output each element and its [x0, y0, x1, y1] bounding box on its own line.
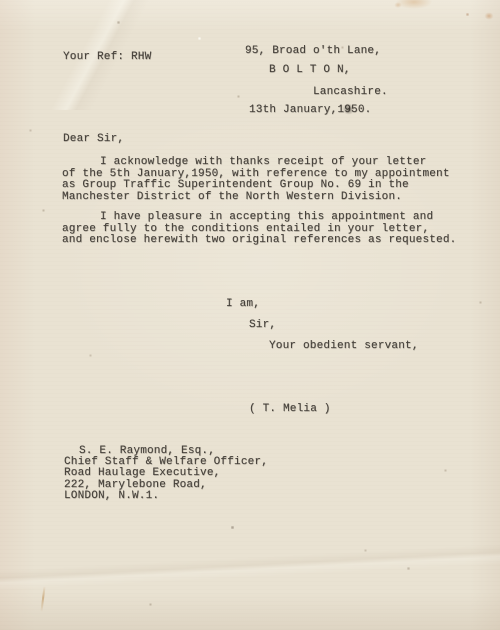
- body-paragraph-2: I have pleasure in accepting this appoin…: [62, 212, 472, 247]
- reference-line: Your Ref: RHW: [63, 52, 151, 64]
- sender-address-line-3: Lancashire.: [313, 87, 388, 99]
- body-line: I acknowledge with thanks receipt of you…: [62, 157, 472, 169]
- typed-signature: ( T. Melia ): [249, 404, 331, 416]
- salutation: Dear Sir,: [63, 134, 124, 146]
- body-line: as Group Traffic Superintendent Group No…: [62, 180, 472, 192]
- body-paragraph-1: I acknowledge with thanks receipt of you…: [62, 157, 472, 203]
- body-line: Manchester District of the North Western…: [62, 192, 472, 204]
- body-line: and enclose herewith two original refere…: [62, 235, 472, 247]
- sender-address-line-2: B O L T O N,: [269, 65, 351, 77]
- recipient-line: Road Haulage Executive,: [64, 468, 364, 479]
- body-line: I have pleasure in accepting this appoin…: [62, 212, 472, 224]
- letter-page: Your Ref: RHW 95, Broad o'th Lane, B O L…: [0, 0, 500, 630]
- sender-address-line-1: 95, Broad o'th Lane,: [245, 46, 381, 58]
- paper-specks: [0, 0, 1, 1]
- paper-crease-bottom: [0, 530, 500, 600]
- recipient-address-block: S. E. Raymond, Esq., Chief Staff & Welfa…: [64, 446, 364, 502]
- valediction-line-2: Sir,: [249, 320, 276, 332]
- valediction-line-3: Your obedient servant,: [269, 341, 419, 353]
- recipient-line: LONDON, N.W.1.: [64, 491, 364, 502]
- valediction-line-1: I am,: [226, 299, 260, 311]
